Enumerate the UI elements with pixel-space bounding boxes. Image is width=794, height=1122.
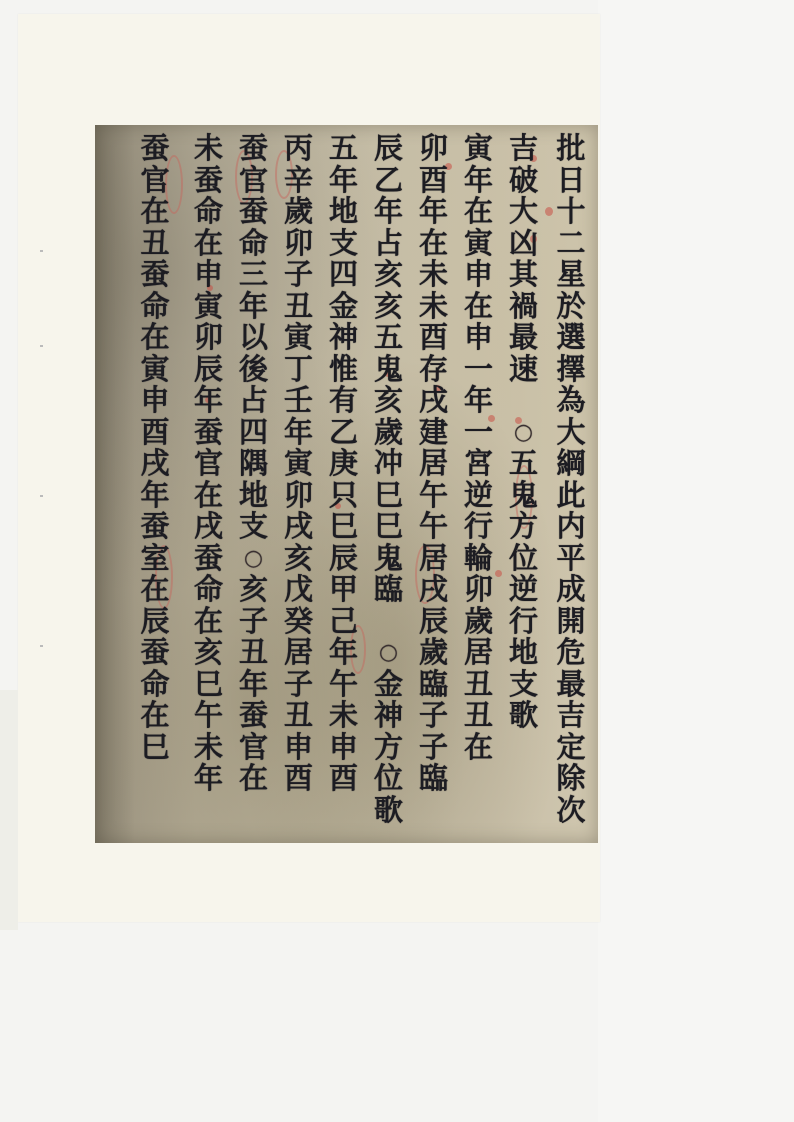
text-column: 未蚕命在申寅卯辰年蚕官在戌蚕命在亥巳午未年 (186, 133, 231, 839)
manuscript-character: 癸 (284, 606, 313, 638)
manuscript-character: 官 (239, 732, 268, 764)
manuscript-character: 在 (464, 196, 493, 228)
manuscript-character: 蚕 (194, 165, 223, 197)
manuscript-character: 丑 (464, 669, 493, 701)
manuscript-character: 子 (419, 700, 448, 732)
text-column: 辰乙年占亥亥五鬼亥歲冲巳巳鬼臨 ○金神方位歌 (366, 133, 411, 839)
manuscript-character: 最 (556, 669, 585, 701)
manuscript-character: 年 (239, 669, 268, 701)
manuscript-character: 批 (556, 133, 585, 165)
manuscript-character: 官 (239, 165, 268, 197)
manuscript-character: 未 (419, 291, 448, 323)
manuscript-character: 定 (556, 732, 585, 764)
manuscript-character: 冲 (374, 448, 403, 480)
manuscript-character: 戌 (284, 511, 313, 543)
manuscript-character: 午 (419, 480, 448, 512)
manuscript-character: 命 (140, 669, 169, 701)
manuscript-character: 以 (239, 322, 268, 354)
manuscript-character: 居 (419, 543, 448, 575)
manuscript-character: 庚 (329, 448, 358, 480)
manuscript-character: 大 (556, 417, 585, 449)
manuscript-character: 占 (374, 228, 403, 260)
manuscript-character: 地 (329, 196, 358, 228)
manuscript-character: 開 (556, 606, 585, 638)
manuscript-character: 有 (329, 385, 358, 417)
manuscript-character: 丑 (239, 637, 268, 669)
manuscript-character: 辰 (194, 354, 223, 386)
manuscript-character: 辰 (140, 606, 169, 638)
manuscript-character: 存 (419, 354, 448, 386)
manuscript-character: 在 (239, 763, 268, 795)
manuscript-character: 寅 (194, 291, 223, 323)
manuscript-character: 於 (556, 291, 585, 323)
manuscript-character: 巳 (194, 669, 223, 701)
manuscript-character: 四 (329, 259, 358, 291)
manuscript-character: 神 (329, 322, 358, 354)
scan-background (598, 0, 794, 1122)
manuscript-character: 十 (556, 196, 585, 228)
manuscript-character: 在 (140, 700, 169, 732)
manuscript-character: 支 (509, 669, 538, 701)
manuscript-character: 戌 (419, 574, 448, 606)
manuscript-character: 卯 (419, 133, 448, 165)
text-column: 蚕官在丑蚕命在寅申酉戌年蚕室在辰蚕命在巳 (124, 133, 186, 839)
manuscript-character: 方 (509, 511, 538, 543)
manuscript-character: 蚕 (194, 543, 223, 575)
manuscript-character: 金 (374, 669, 403, 701)
manuscript-character: 辰 (329, 543, 358, 575)
manuscript-character: 隅 (239, 448, 268, 480)
manuscript-character: 申 (140, 385, 169, 417)
manuscript-character: 三 (239, 259, 268, 291)
manuscript-character: 年 (419, 196, 448, 228)
manuscript-character: 亥 (284, 543, 313, 575)
manuscript-character: 命 (140, 291, 169, 323)
section-marker-circle: ○ (244, 543, 263, 575)
manuscript-character: 巳 (374, 511, 403, 543)
binding-marks (40, 250, 46, 750)
manuscript-character: 居 (284, 637, 313, 669)
manuscript-character (518, 385, 528, 417)
manuscript-character: 歲 (374, 417, 403, 449)
manuscript-character: 年 (239, 291, 268, 323)
manuscript-character: 臨 (374, 574, 403, 606)
manuscript-character: 丙 (284, 133, 313, 165)
manuscript-character: 地 (239, 480, 268, 512)
manuscript-character: 禍 (509, 291, 538, 323)
manuscript-character: 歲 (464, 606, 493, 638)
manuscript-character: 巳 (374, 480, 403, 512)
manuscript-character: 年 (194, 385, 223, 417)
manuscript-character: 丑 (284, 700, 313, 732)
manuscript-character: 為 (556, 385, 585, 417)
manuscript-character: 後 (239, 354, 268, 386)
text-column: 吉破大凶其禍最速 ○五鬼方位逆行地支歌 (501, 133, 546, 839)
manuscript-character: 地 (509, 637, 538, 669)
manuscript-character: 最 (509, 322, 538, 354)
manuscript-character: 歲 (419, 637, 448, 669)
manuscript-character: 申 (464, 322, 493, 354)
manuscript-character: 行 (464, 511, 493, 543)
manuscript-character: 支 (239, 511, 268, 543)
manuscript-character: 酉 (329, 763, 358, 795)
manuscript-character: 蚕 (239, 196, 268, 228)
manuscript-character: 蚕 (239, 133, 268, 165)
manuscript-character: 占 (239, 385, 268, 417)
manuscript-character: 申 (329, 732, 358, 764)
manuscript-character: 内 (556, 511, 585, 543)
manuscript-character: 只 (329, 480, 358, 512)
manuscript-character: 支 (329, 228, 358, 260)
manuscript-character: 巳 (140, 732, 169, 764)
manuscript-character: 寅 (284, 322, 313, 354)
manuscript-character: 惟 (329, 354, 358, 386)
text-column: 批日十二星於選擇為大綱此内平成開危最吉定除次 (546, 133, 596, 839)
manuscript-character: 巳 (329, 511, 358, 543)
manuscript-character: 寅 (284, 448, 313, 480)
manuscript-character: 卯 (284, 228, 313, 260)
manuscript-character: 吉 (556, 700, 585, 732)
section-marker-circle: ○ (514, 417, 533, 449)
manuscript-character: 戌 (194, 511, 223, 543)
manuscript-character: 丑 (284, 291, 313, 323)
manuscript-character: 方 (374, 732, 403, 764)
manuscript-character: 位 (374, 763, 403, 795)
manuscript-character: 在 (140, 196, 169, 228)
manuscript-character: 年 (329, 637, 358, 669)
manuscript-character: 臨 (419, 763, 448, 795)
manuscript-character: 凶 (509, 228, 538, 260)
manuscript-character: 甲 (329, 574, 358, 606)
manuscript-character: 亥 (194, 637, 223, 669)
manuscript-character: 輪 (464, 543, 493, 575)
manuscript-character: 午 (194, 700, 223, 732)
manuscript-character: 申 (284, 732, 313, 764)
manuscript-character: 在 (140, 322, 169, 354)
manuscript-character: 在 (140, 574, 169, 606)
manuscript-character: 一 (464, 354, 493, 386)
manuscript-character: 酉 (284, 763, 313, 795)
manuscript-character: 成 (556, 574, 585, 606)
manuscript-character: 丁 (284, 354, 313, 386)
manuscript-character: 在 (194, 606, 223, 638)
manuscript-character: 未 (419, 259, 448, 291)
manuscript-character: 金 (329, 291, 358, 323)
manuscript-character: 子 (284, 669, 313, 701)
manuscript-character: 二 (556, 228, 585, 260)
manuscript-character: 建 (419, 417, 448, 449)
manuscript-character: 辰 (419, 606, 448, 638)
manuscript-character: 卯 (194, 322, 223, 354)
manuscript-character: 子 (284, 259, 313, 291)
manuscript-character: 蚕 (140, 259, 169, 291)
manuscript-character: 在 (419, 228, 448, 260)
manuscript-character: 戌 (140, 448, 169, 480)
manuscript-character: 臨 (419, 669, 448, 701)
manuscript-character: 此 (556, 480, 585, 512)
manuscript-character: 命 (194, 196, 223, 228)
manuscript-character: 申 (194, 259, 223, 291)
manuscript-character: 亥 (374, 385, 403, 417)
manuscript-character: 危 (556, 637, 585, 669)
manuscript-character: 年 (194, 763, 223, 795)
manuscript-character: 在 (194, 228, 223, 260)
manuscript-character: 其 (509, 259, 538, 291)
manuscript-character: 子 (419, 732, 448, 764)
manuscript-character: 吉 (509, 133, 538, 165)
manuscript-character: 酉 (419, 322, 448, 354)
manuscript-character: 卯 (284, 480, 313, 512)
manuscript-character: 蚕 (140, 133, 169, 165)
manuscript-character: 酉 (140, 417, 169, 449)
manuscript-character: 次 (556, 795, 585, 827)
scan-edge-strip (0, 690, 18, 930)
text-columns: 批日十二星於選擇為大綱此内平成開危最吉定除次 吉破大凶其禍最速 ○五鬼方位逆行地… (124, 133, 596, 839)
manuscript-character: 神 (374, 700, 403, 732)
manuscript-character: 年 (464, 165, 493, 197)
manuscript-character: 子 (239, 606, 268, 638)
manuscript-character: 蚕 (140, 637, 169, 669)
manuscript-character: 未 (194, 133, 223, 165)
manuscript-character: 日 (556, 165, 585, 197)
manuscript-character: 速 (509, 354, 538, 386)
manuscript-character: 丑 (140, 228, 169, 260)
manuscript-character: 亥 (239, 574, 268, 606)
manuscript-character: 未 (329, 700, 358, 732)
manuscript-character: 年 (464, 385, 493, 417)
manuscript-character: 寅 (464, 133, 493, 165)
manuscript-character: 居 (419, 448, 448, 480)
manuscript-character: 星 (556, 259, 585, 291)
text-column: 丙辛歲卯子丑寅丁壬年寅卯戌亥戊癸居子丑申酉 (276, 133, 321, 839)
manuscript-character: 戊 (284, 574, 313, 606)
manuscript-character: 室 (140, 543, 169, 575)
manuscript-character: 歌 (374, 795, 403, 827)
manuscript-character: 鬼 (374, 354, 403, 386)
manuscript-character: 歲 (284, 196, 313, 228)
manuscript-character: 丑 (464, 700, 493, 732)
manuscript-character: 歌 (509, 700, 538, 732)
section-marker-circle: ○ (379, 637, 398, 669)
manuscript-character: 在 (194, 480, 223, 512)
manuscript-character: 蚕 (140, 511, 169, 543)
text-column: 寅年在寅申在申一年一宮逆行輪卯歲居丑丑在 (456, 133, 501, 839)
manuscript-character: 辛 (284, 165, 313, 197)
manuscript-character: 戌 (419, 385, 448, 417)
manuscript-character: 位 (509, 543, 538, 575)
manuscript-character: 乙 (374, 165, 403, 197)
manuscript-character: 官 (140, 165, 169, 197)
manuscript-character (383, 606, 393, 638)
manuscript-character: 四 (239, 417, 268, 449)
manuscript-character: 居 (464, 637, 493, 669)
manuscript-character: 行 (509, 606, 538, 638)
manuscript-character: 蚕 (239, 700, 268, 732)
manuscript-character: 寅 (464, 228, 493, 260)
manuscript-character: 寅 (140, 354, 169, 386)
text-column: 五年地支四金神惟有乙庚只巳辰甲己年午未申酉 (321, 133, 366, 839)
manuscript-character: 酉 (419, 165, 448, 197)
manuscript-character: 午 (419, 511, 448, 543)
manuscript-character: 年 (329, 165, 358, 197)
manuscript-character: 綱 (556, 448, 585, 480)
manuscript-character: 破 (509, 165, 538, 197)
manuscript-character: 逆 (464, 480, 493, 512)
manuscript-character: 年 (284, 417, 313, 449)
manuscript-character: 辰 (374, 133, 403, 165)
manuscript-character: 逆 (509, 574, 538, 606)
manuscript-character: 一 (464, 417, 493, 449)
manuscript-page: 批日十二星於選擇為大綱此内平成開危最吉定除次 吉破大凶其禍最速 ○五鬼方位逆行地… (95, 125, 598, 843)
text-column: 卯酉年在未未酉存戌建居午午居戌辰歲臨子子臨 (411, 133, 456, 839)
manuscript-character: 鬼 (509, 480, 538, 512)
manuscript-character: 在 (464, 291, 493, 323)
manuscript-character: 選 (556, 322, 585, 354)
manuscript-character: 申 (464, 259, 493, 291)
manuscript-character: 乙 (329, 417, 358, 449)
manuscript-character: 鬼 (374, 543, 403, 575)
manuscript-character: 年 (374, 196, 403, 228)
manuscript-character: 亥 (374, 291, 403, 323)
manuscript-character: 五 (329, 133, 358, 165)
manuscript-character: 五 (374, 322, 403, 354)
manuscript-character: 大 (509, 196, 538, 228)
manuscript-character: 官 (194, 448, 223, 480)
manuscript-character: 卯 (464, 574, 493, 606)
manuscript-character: 亥 (374, 259, 403, 291)
manuscript-character: 擇 (556, 354, 585, 386)
text-column: 蚕官蚕命三年以後占四隅地支○亥子丑年蚕官在 (231, 133, 276, 839)
manuscript-character: 年 (140, 480, 169, 512)
manuscript-character: 命 (194, 574, 223, 606)
manuscript-character: 己 (329, 606, 358, 638)
manuscript-character: 在 (464, 732, 493, 764)
manuscript-character: 宮 (464, 448, 493, 480)
manuscript-character: 命 (239, 228, 268, 260)
manuscript-character: 五 (509, 448, 538, 480)
manuscript-character: 未 (194, 732, 223, 764)
manuscript-character: 除 (556, 763, 585, 795)
manuscript-character: 平 (556, 543, 585, 575)
manuscript-character: 壬 (284, 385, 313, 417)
manuscript-character: 午 (329, 669, 358, 701)
manuscript-character: 蚕 (194, 417, 223, 449)
